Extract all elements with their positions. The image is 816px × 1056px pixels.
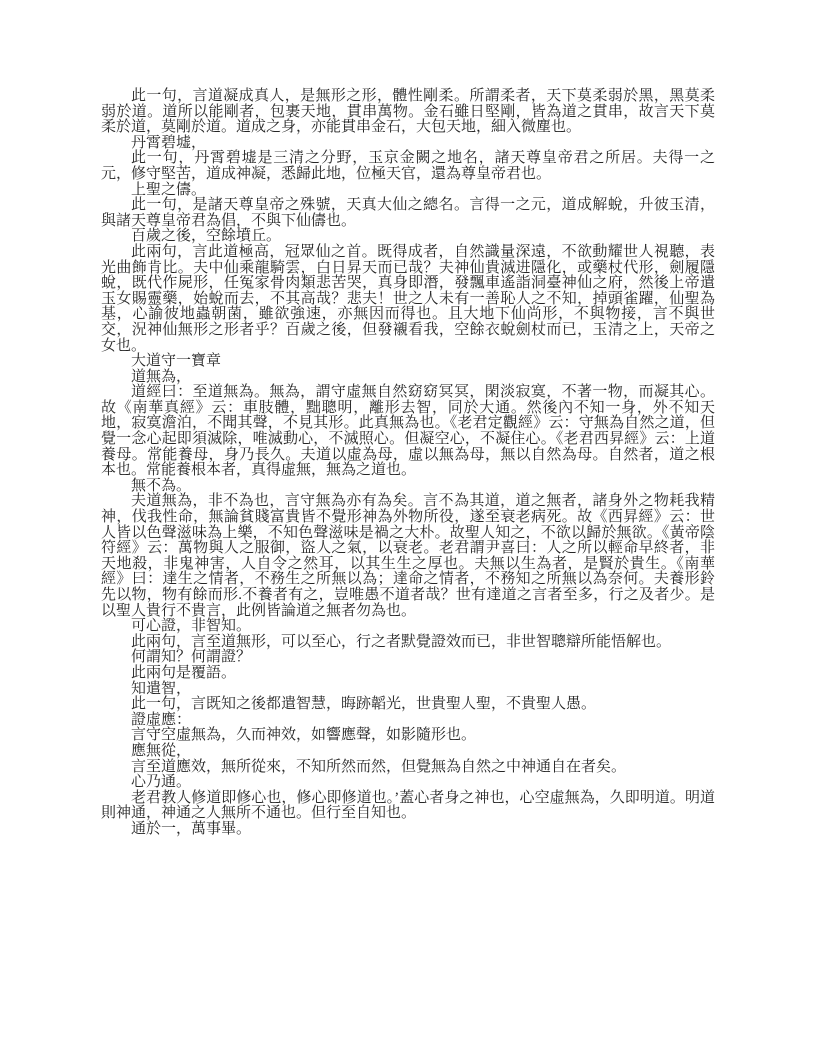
section-heading: 道無為，	[101, 370, 715, 386]
paragraph: 此兩句是覆語。	[101, 666, 715, 682]
paragraph: 言守空虛無為，久而神效，如響應聲，如影隨形也。	[101, 728, 715, 744]
paragraph: 老君教人修道即修心也，修心即修道也。’蓋心者身之神也，心空虛無為，久即明道。明道…	[101, 791, 715, 822]
section-heading: 知遣智，	[101, 682, 715, 698]
paragraph: 此一句，言既知之後都遣智慧，晦跡韜光，世貴聖人聖，不貴聖人愚。	[101, 697, 715, 713]
document-page: 此一句，言道凝成真人，是無形之形，體性剛柔。所謂柔者，天下莫柔弱於黑，黑莫柔弱於…	[0, 0, 816, 1056]
paragraph: 道經曰：至道無為。無為，謂守虛無自然窈窈冥冥，閑淡寂寞，不著一物，而凝其心。故《…	[101, 385, 715, 479]
section-heading: 何謂知？何謂證？	[101, 650, 715, 666]
paragraph: 此兩句，言此道極高，冠眾仙之首。既得成者，自然識量深遠，不欲動耀世人視聽，表光曲…	[101, 245, 715, 354]
section-heading: 應無從，	[101, 744, 715, 760]
paragraph: 此一句，丹霄碧墟是三清之分野，玉京金闕之地名，諸天尊皇帝君之所居。夫得一之元，修…	[101, 151, 715, 182]
paragraph: 此一句，言道凝成真人，是無形之形，體性剛柔。所謂柔者，天下莫柔弱於黑，黑莫柔弱於…	[101, 89, 715, 136]
paragraph: 夫道無為，非不為也，言守無為亦有為矣。言不為其道，道之無者，諸身外之物耗我精神，…	[101, 494, 715, 619]
section-heading: 心乃通。	[101, 775, 715, 791]
chapter-heading: 大道守一寶章	[101, 354, 715, 370]
section-heading: 上聖之儔。	[101, 183, 715, 199]
paragraph: 言至道應效，無所從來，不知所然而然，但覺無為自然之中神通自在者矣。	[101, 760, 715, 776]
section-heading: 證虛應：	[101, 713, 715, 729]
section-heading: 可心證，非智知。	[101, 619, 715, 635]
section-heading: 通於一，萬事畢。	[101, 822, 715, 838]
paragraph: 此一句，是諸天尊皇帝之殊號，天真大仙之總名。言得一之元，道成解蛻，升彼玉清，與諸…	[101, 198, 715, 229]
section-heading: 百歲之後，空餘墳丘。	[101, 229, 715, 245]
text-block: 此一句，言道凝成真人，是無形之形，體性剛柔。所謂柔者，天下莫柔弱於黑，黑莫柔弱於…	[101, 89, 715, 838]
